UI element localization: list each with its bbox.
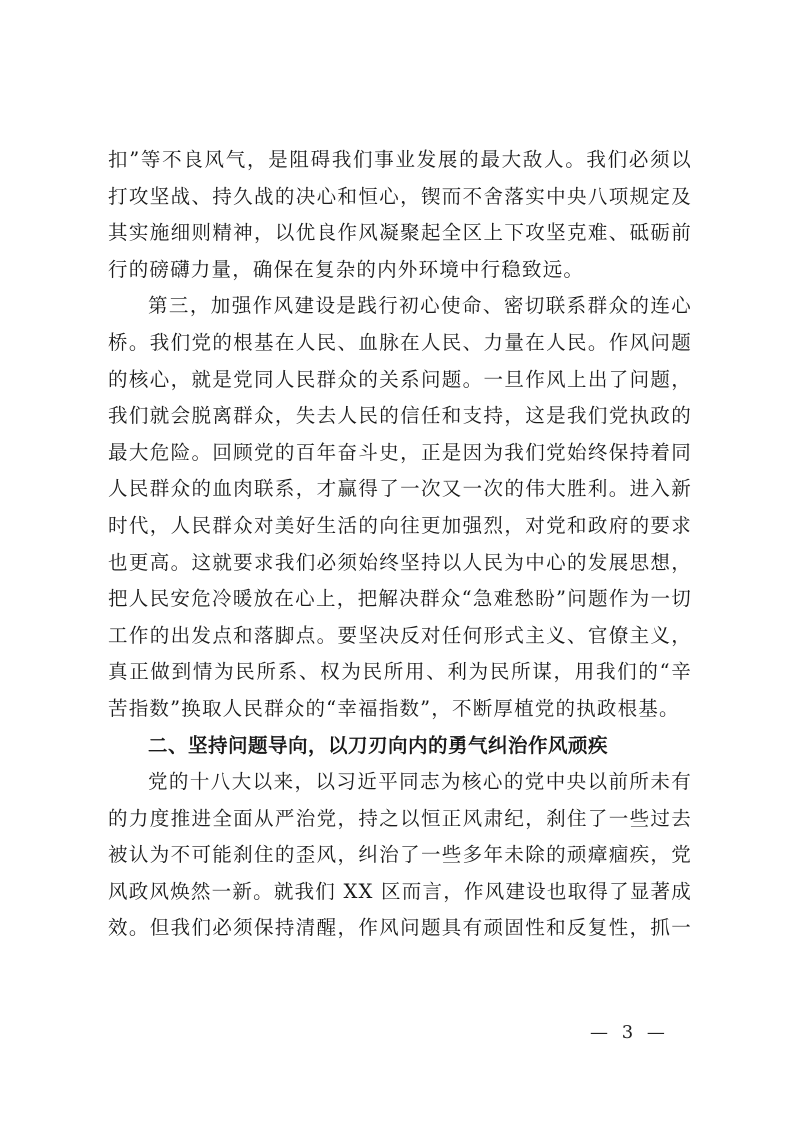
text-line: 打攻坚战、持久战的决心和恒心，锲而不舍落实中央八项规定及 bbox=[108, 179, 692, 216]
document-page: 扣”等不良风气，是阻碍我们事业发展的最大敌人。我们必须以 打攻坚战、持久战的决心… bbox=[0, 0, 793, 1122]
text-line: 的核心，就是党同人民群众的关系问题。一旦作风上出了问题， bbox=[108, 362, 692, 399]
page-number: — 3 — bbox=[590, 1022, 669, 1043]
text-line: 工作的出发点和落脚点。要坚决反对任何形式主义、官僚主义， bbox=[108, 618, 692, 655]
text-line: 其实施细则精神，以优良作风凝聚起全区上下攻坚克难、砥砺前 bbox=[108, 215, 692, 252]
section-heading: 二、坚持问题导向，以刀刃向内的勇气纠治作风顽疾 bbox=[108, 728, 692, 765]
text-line: 也更高。这就要求我们必须始终坚持以人民为中心的发展思想， bbox=[108, 545, 692, 582]
text-line: 把人民安危冷暖放在心上，把解决群众“急难愁盼”问题作为一切 bbox=[108, 581, 692, 618]
text-line: 效。但我们必须保持清醒，作风问题具有顽固性和反复性，抓一 bbox=[108, 910, 692, 947]
text-line: 党的十八大以来，以习近平同志为核心的党中央以前所未有 bbox=[108, 764, 692, 801]
text-line: 第三，加强作风建设是践行初心使命、密切联系群众的连心 bbox=[108, 288, 692, 325]
text-line: 被认为不可能刹住的歪风，纠治了一些多年未除的顽瘴痼疾，党 bbox=[108, 837, 692, 874]
text-line: 我们就会脱离群众，失去人民的信任和支持，这是我们党执政的 bbox=[108, 398, 692, 435]
text-line: 时代，人民群众对美好生活的向往更加强烈，对党和政府的要求 bbox=[108, 508, 692, 545]
paragraph-2: 第三，加强作风建设是践行初心使命、密切联系群众的连心 桥。我们党的根基在人民、血… bbox=[108, 288, 692, 727]
text-line: 真正做到情为民所系、权为民所用、利为民所谋，用我们的“辛 bbox=[108, 654, 692, 691]
text-line: 风政风焕然一新。就我们 XX 区而言，作风建设也取得了显著成 bbox=[108, 874, 692, 911]
text-line: 桥。我们党的根基在人民、血脉在人民、力量在人民。作风问题 bbox=[108, 325, 692, 362]
text-line: 最大危险。回顾党的百年奋斗史，正是因为我们党始终保持着同 bbox=[108, 435, 692, 472]
text-line: 行的磅礴力量，确保在复杂的内外环境中行稳致远。 bbox=[108, 252, 692, 289]
text-line: 人民群众的血肉联系，才赢得了一次又一次的伟大胜利。进入新 bbox=[108, 471, 692, 508]
paragraph-1: 扣”等不良风气，是阻碍我们事业发展的最大敌人。我们必须以 打攻坚战、持久战的决心… bbox=[108, 142, 692, 288]
text-line: 扣”等不良风气，是阻碍我们事业发展的最大敌人。我们必须以 bbox=[108, 142, 692, 179]
document-body: 扣”等不良风气，是阻碍我们事业发展的最大敌人。我们必须以 打攻坚战、持久战的决心… bbox=[108, 142, 692, 947]
text-line: 苦指数”换取人民群众的“幸福指数”，不断厚植党的执政根基。 bbox=[108, 691, 692, 728]
text-line: 的力度推进全面从严治党，持之以恒正风肃纪，刹住了一些过去 bbox=[108, 801, 692, 838]
paragraph-3: 党的十八大以来，以习近平同志为核心的党中央以前所未有 的力度推进全面从严治党，持… bbox=[108, 764, 692, 947]
